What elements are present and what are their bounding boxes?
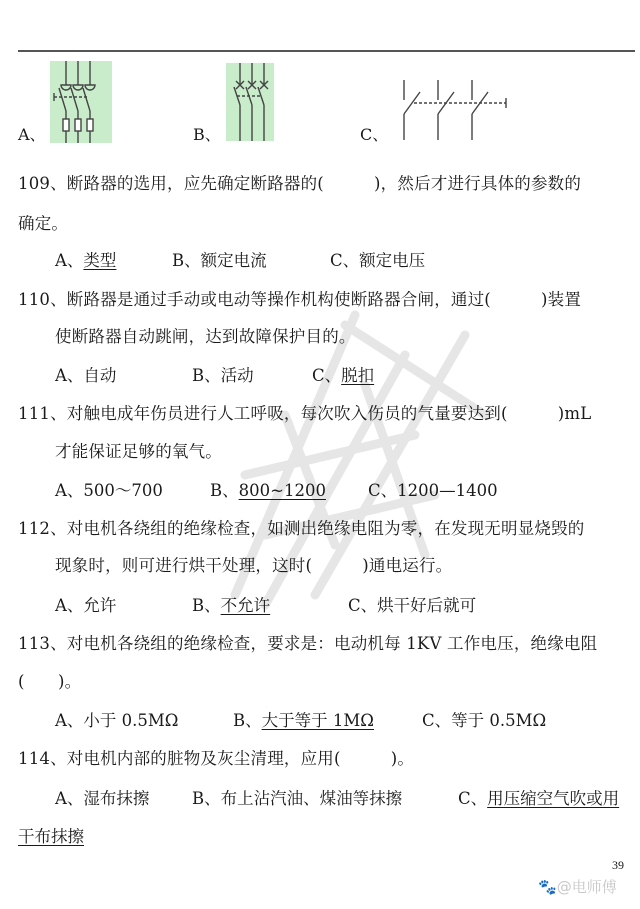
question-110-option-c: C、脱扣 — [312, 362, 374, 386]
page-number: 39 — [612, 858, 624, 873]
figure-b-label: B、 — [193, 122, 221, 145]
question-110-option-a: A、自动 — [55, 362, 116, 386]
question-111-line-2: 才能保证足够的氧气。 — [55, 438, 222, 462]
question-113-option-c: C、等于 0.5MΩ — [422, 707, 546, 731]
question-113-line-2: ( )。 — [18, 668, 81, 692]
question-111-option-a: A、500～700 — [55, 477, 163, 501]
question-109-line-2: 确定。 — [18, 210, 68, 234]
question-110-option-b: B、活动 — [192, 362, 254, 386]
question-111-line-1: 111、对触电成年伤员进行人工呼吸，每次吹入伤员的气量要达到( )mL — [18, 400, 591, 424]
question-110-line-2: 使断路器自动跳闸，达到故障保护目的。 — [55, 323, 356, 347]
correct-answer: 不允许 — [221, 596, 271, 615]
question-113-option-a: A、小于 0.5MΩ — [55, 707, 178, 731]
figure-a-breaker-fuse-symbol — [50, 61, 112, 143]
correct-answer: 用压缩空气吹或用 — [487, 789, 619, 808]
question-114-option-a: A、湿布抹擦 — [55, 785, 149, 809]
question-114-option-c-continued: 干布抹擦 — [18, 823, 84, 847]
figure-c-label: C、 — [360, 122, 388, 145]
question-109-option-b: B、额定电流 — [172, 247, 267, 271]
question-109-line-1: 109、断路器的选用，应先确定断路器的( )，然后才进行具体的参数的 — [18, 170, 581, 194]
question-114-line-1: 114、对电机内部的脏物及灰尘清理，应用( )。 — [18, 745, 414, 769]
question-112-line-2: 现象时，则可进行烘干处理，这时( )通电运行。 — [55, 552, 452, 576]
question-109-option-c: C、额定电压 — [330, 247, 425, 271]
figure-c-switch-symbol — [398, 80, 513, 140]
question-113-line-1: 113、对电机各绕组的绝缘检查，要求是：电动机每 1KV 工作电压，绝缘电阻 — [18, 630, 597, 654]
question-112-option-c: C、烘干好后就可 — [348, 592, 476, 616]
question-109-option-a: A、类型 — [55, 247, 116, 271]
question-110-line-1: 110、断路器是通过手动或电动等操作机构使断路器合闸，通过( )装置 — [18, 286, 581, 310]
paw-icon: 🐾 — [538, 878, 557, 896]
correct-answer: 脱扣 — [341, 366, 374, 385]
correct-answer: 800~1200 — [239, 481, 326, 500]
figure-b-circuit-breaker-symbol — [226, 63, 274, 141]
figure-a-label: A、 — [18, 122, 46, 145]
question-113-option-b: B、大于等于 1MΩ — [233, 707, 374, 731]
question-111-option-b: B、800~1200 — [210, 477, 326, 501]
question-114-option-c: C、用压缩空气吹或用 — [458, 785, 619, 809]
header-rule — [18, 50, 635, 52]
question-112-line-1: 112、对电机各绕组的绝缘检查，如测出绝缘电阻为零，在发现无明显烧毁的 — [18, 515, 585, 539]
question-112-option-a: A、允许 — [55, 592, 116, 616]
correct-answer: 大于等于 1MΩ — [262, 711, 374, 730]
author-credit: 🐾@电师傅 — [538, 876, 617, 897]
question-114-option-b: B、布上沾汽油、煤油等抹擦 — [192, 785, 402, 809]
question-111-option-c: C、1200—1400 — [368, 477, 498, 501]
correct-answer: 类型 — [83, 251, 116, 270]
question-112-option-b: B、不允许 — [192, 592, 270, 616]
